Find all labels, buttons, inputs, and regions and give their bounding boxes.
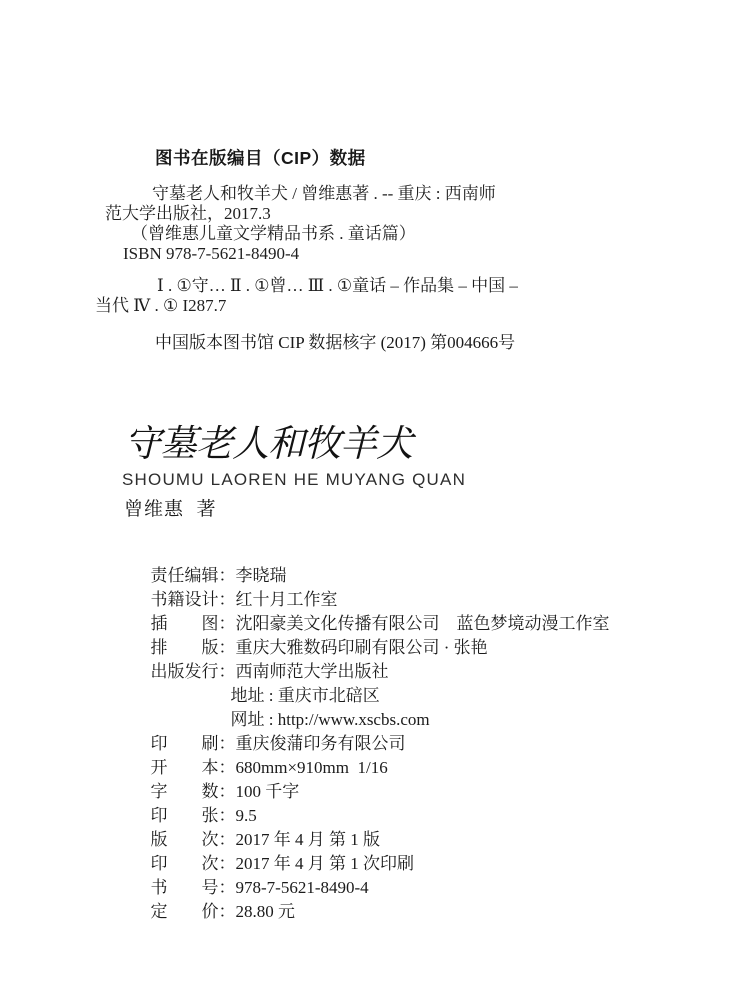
colophon-label: 印 张： <box>151 804 236 828</box>
colophon-label: 排 版： <box>151 636 236 660</box>
publisher-website-url: 网址 : http://www.xscbs.com <box>231 710 430 729</box>
colophon-label: 字 数： <box>151 780 236 804</box>
colophon-value: 红十月工作室 <box>236 590 338 609</box>
book-title-calligraphy: 守墓老人和牧羊犬 <box>124 420 412 468</box>
colophon-value: 100 千字 <box>236 782 300 801</box>
colophon-label: 出版发行： <box>151 660 236 684</box>
colophon-label: 版 次： <box>151 828 236 852</box>
colophon-value: 2017 年 4 月 第 1 次印刷 <box>236 854 415 873</box>
cip-heading: 图书在版编目（CIP）数据 <box>95 145 366 170</box>
cip-entry-paragraph: 守墓老人和牧羊犬 / 曾维惠著 . -- 重庆 : 西南师 范大学出版社，201… <box>95 184 655 264</box>
colophon-label: 印 次： <box>151 852 236 876</box>
colophon-row-responsible-editor: 责任编辑：李晓瑞 <box>125 540 685 564</box>
colophon-value: 680mm×910mm 1/16 <box>236 758 388 777</box>
colophon-value: 9.5 <box>236 806 257 825</box>
cip-entry-line-1: 守墓老人和牧羊犬 / 曾维惠著 . -- 重庆 : 西南师 <box>95 184 655 204</box>
book-author: 曾维惠 著 <box>124 494 217 521</box>
cip-entry-line-2: 范大学出版社，2017.3 <box>95 204 655 224</box>
colophon-value: 重庆俊蒲印务有限公司 <box>236 734 406 753</box>
colophon-value: 西南师范大学出版社 <box>236 662 389 681</box>
colophon-label: 印 刷： <box>151 732 236 756</box>
colophon-label: 责任编辑： <box>151 564 236 588</box>
colophon-value: 地址 : 重庆市北碚区 <box>231 686 380 705</box>
book-price: 28.80 元 <box>236 902 296 921</box>
copyright-page: 图书在版编目（CIP）数据 守墓老人和牧羊犬 / 曾维惠著 . -- 重庆 : … <box>0 0 750 998</box>
cip-classification-line-1: Ⅰ . ①守… Ⅱ . ①曾… Ⅲ . ①童话 – 作品集 – 中国 – <box>95 276 655 296</box>
colophon-label: 插 图： <box>151 612 236 636</box>
colophon-value: 李晓瑞 <box>236 566 287 585</box>
cip-classification-line-2: 当代 Ⅳ . ① I287.7 <box>95 296 655 316</box>
colophon-label: 开 本： <box>151 756 236 780</box>
cip-isbn-line: ISBN 978-7-5621-8490-4 <box>95 244 655 264</box>
colophon-value: 2017 年 4 月 第 1 版 <box>236 830 381 849</box>
book-title-pinyin: SHOUMU LAOREN HE MUYANG QUAN <box>122 470 466 490</box>
colophon-block: 责任编辑：李晓瑞 书籍设计：红十月工作室 插 图：沈阳豪美文化传播有限公司 蓝色… <box>125 540 685 900</box>
colophon-value: 重庆大雅数码印刷有限公司 · 张艳 <box>236 638 488 657</box>
colophon-value: 沈阳豪美文化传播有限公司 蓝色梦境动漫工作室 <box>236 614 610 633</box>
cip-entry-line-3: （曾维惠儿童文学精品书系 . 童话篇） <box>95 224 655 244</box>
colophon-label: 书 号： <box>151 876 236 900</box>
colophon-label: 定 价： <box>151 900 236 924</box>
cip-classification-paragraph: Ⅰ . ①守… Ⅱ . ①曾… Ⅲ . ①童话 – 作品集 – 中国 – 当代 … <box>95 276 655 316</box>
colophon-label: 书籍设计： <box>151 588 236 612</box>
cip-record-number-line: 中国版本图书馆 CIP 数据核字 (2017) 第004666号 <box>95 328 515 353</box>
book-number: 978-7-5621-8490-4 <box>236 878 369 897</box>
